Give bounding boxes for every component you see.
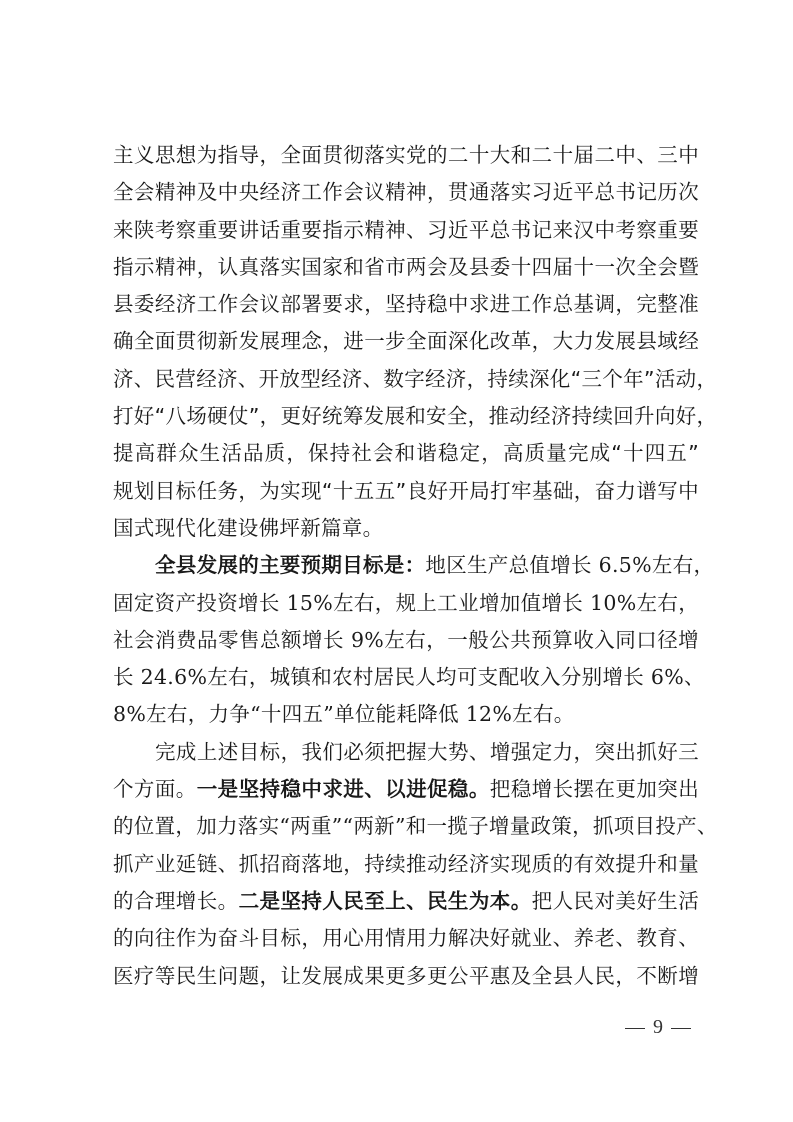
paragraph-expected-targets: 全县发展的主要预期目标是：地区生产总值增长 6.5%左右， 固定资产投资增长 1… <box>113 547 699 733</box>
paragraph-guiding-thought: 主义思想为指导，全面贯彻落实党的二十大和二十届二中、三中 全会精神及中央经济工作… <box>113 137 699 547</box>
text-span: 的合理增长。 <box>113 889 239 913</box>
text-line: 社会消费品零售总额增长 9%左右，一般公共预算收入同口径增 <box>113 622 699 659</box>
point-one-heading: 一是坚持稳中求进、以进促稳。 <box>197 777 490 801</box>
text-line: 的合理增长。二是坚持人民至上、民生为本。把人民对美好生活 <box>113 883 699 920</box>
dash-right <box>671 1028 691 1030</box>
text-span: 个方面。 <box>113 777 197 801</box>
page-number-value: 9 <box>653 1016 663 1038</box>
document-body: 主义思想为指导，全面贯彻落实党的二十大和二十届二中、三中 全会精神及中央经济工作… <box>113 137 699 995</box>
text-line: 完成上述目标，我们必须把握大势、增强定力，突出抓好三 <box>113 734 699 771</box>
text-line: 固定资产投资增长 15%左右，规上工业增加值增长 10%左右， <box>113 585 699 622</box>
text-line: 打好“八场硬仗”，更好统筹发展和安全，推动经济持续回升向好， <box>113 398 699 435</box>
text-span: 把稳增长摆在更加突出 <box>490 777 699 801</box>
text-line: 济、民营经济、开放型经济、数字经济，持续深化“三个年”活动， <box>113 361 699 398</box>
text-span: 地区生产总值增长 6.5%左右， <box>425 553 714 577</box>
text-line: 全会精神及中央经济工作会议精神，贯通落实习近平总书记历次 <box>113 174 699 211</box>
text-span: 把人民对美好生活 <box>532 889 699 913</box>
page-number: 9 <box>617 1016 699 1039</box>
text-line: 规划目标任务，为实现“十五五”良好开局打牢基础，奋力谱写中 <box>113 473 699 510</box>
text-line: 长 24.6%左右，城镇和农村居民人均可支配收入分别增长 6%、 <box>113 659 699 696</box>
text-line: 指示精神，认真落实国家和省市两会及县委十四届十一次全会暨 <box>113 249 699 286</box>
text-line: 个方面。一是坚持稳中求进、以进促稳。把稳增长摆在更加突出 <box>113 771 699 808</box>
point-two-heading: 二是坚持人民至上、民生为本。 <box>239 889 532 913</box>
text-line: 来陕考察重要讲话重要指示精神、习近平总书记来汉中考察重要 <box>113 212 699 249</box>
text-line: 提高群众生活品质，保持社会和谐稳定，高质量完成“十四五” <box>113 435 699 472</box>
text-line: 的向往作为奋斗目标，用心用情用力解决好就业、养老、教育、 <box>113 920 699 957</box>
text-line: 医疗等民生问题，让发展成果更多更公平惠及全县人民，不断增 <box>113 958 699 995</box>
text-line: 抓产业延链、抓招商落地，持续推动经济实现质的有效提升和量 <box>113 846 699 883</box>
text-line: 县委经济工作会议部署要求，坚持稳中求进工作总基调，完整准 <box>113 286 699 323</box>
dash-left <box>625 1028 645 1030</box>
text-line: 8%左右，力争“十四五”单位能耗降低 12%左右。 <box>113 696 699 733</box>
text-line: 确全面贯彻新发展理念，进一步全面深化改革，大力发展县域经 <box>113 323 699 360</box>
targets-heading: 全县发展的主要预期目标是： <box>155 553 425 577</box>
text-line: 的位置，加力落实“两重”“两新”和一揽子增量政策，抓项目投产、 <box>113 808 699 845</box>
text-line: 主义思想为指导，全面贯彻落实党的二十大和二十届二中、三中 <box>113 137 699 174</box>
paragraph-three-aspects: 完成上述目标，我们必须把握大势、增强定力，突出抓好三 个方面。一是坚持稳中求进、… <box>113 734 699 995</box>
text-line: 国式现代化建设佛坪新篇章。 <box>113 510 699 547</box>
text-line: 全县发展的主要预期目标是：地区生产总值增长 6.5%左右， <box>113 547 699 584</box>
